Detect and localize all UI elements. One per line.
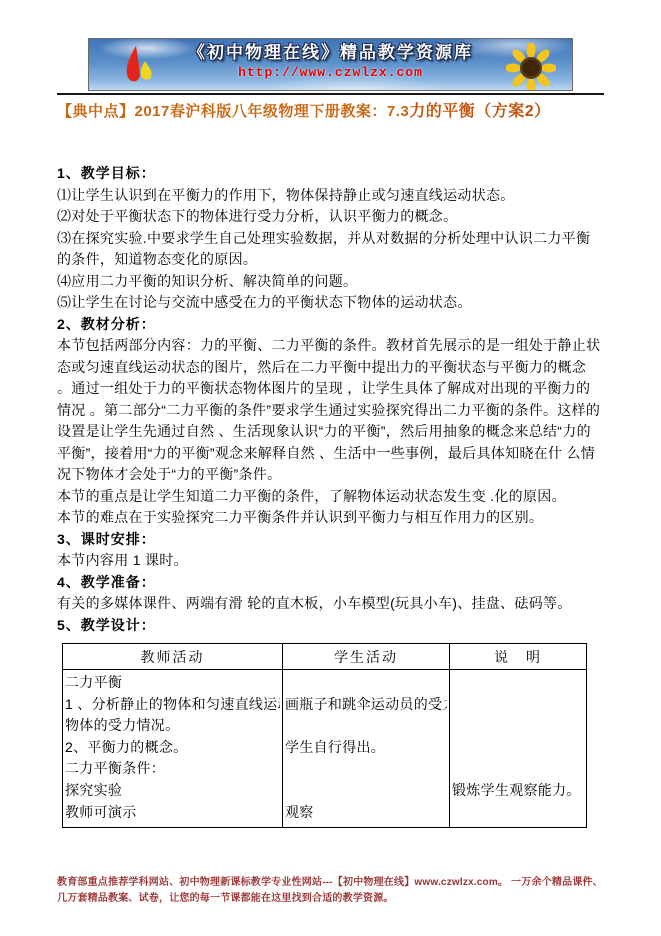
document-title: 【典中点】2017春沪科版八年级物理下册教案：7.3力的平衡（方案2） [57,101,604,122]
document-title-emphasis: 力的平衡（方案2） [409,103,550,120]
sunflower-icon [506,43,556,91]
section-heading: 1、教学目标： [57,163,604,185]
table-header-row: 教师活动 学生活动 说 明 [63,644,587,670]
cell-student-activity: 画瓶子和跳伞运动员的受力 。 学生自行得出。 观察 [283,670,450,828]
table-line [452,694,584,716]
table-line [285,715,447,737]
paragraph: ⑵对处于平衡状态下的物体进行受力分析，认识平衡力的概念。 [57,206,604,228]
table-line [285,672,447,694]
cell-teacher-activity: 二力平衡 1 、分析静止的物体和匀速直线运动的 物体的受力情况。 2、平衡力的概… [63,670,283,828]
header-divider [57,93,604,95]
cell-notes: 锻炼学生观察能力。 [450,670,587,828]
table-line: 教师可演示 [65,802,280,824]
paragraph: ⑶在探究实验.中要求学生自己处理实验数据，并从对数据的分析处理中认识二力平衡的条… [57,228,604,271]
lesson-design-table: 教师活动 学生活动 说 明 二力平衡 1 、分析静止的物体和匀速直线运动的 物体… [62,643,587,828]
footer-line: 几万套精品教案、试卷，让您的每一节课都能在这里找到合适的教学资源。 [57,891,604,907]
table-line [452,737,584,759]
paragraph: ⑸让学生在讨论与交流中感受在力的平衡状态下物体的运动状态。 [57,292,604,314]
table-line: 锻炼学生观察能力。 [452,780,584,802]
paragraph: 本节的难点在于实验探究二力平衡条件并认识到平衡力与相互作用力的区别。 [57,507,604,529]
document-content: 《初中物理在线》精品教学资源库 http://www.czwlzx.com [0,38,661,907]
banner-url[interactable]: http://www.czwlzx.com [89,65,572,80]
table-line [285,780,447,802]
table-line [452,758,584,780]
paragraph: 本节内容用 1 课时。 [57,550,604,572]
table-line: 2、平衡力的概念。 [65,737,280,759]
paragraph: ⑴让学生认识到在平衡力的作用下，物体保持静止或匀速直线运动状态。 [57,185,604,207]
footer-line: 教育部重点推荐学科网站、初中物理新课标教学专业性网站---【初中物理在线】www… [57,875,604,891]
paragraph: 本节的重点是让学生知道二力平衡的条件，了解物体运动状态发生变 .化的原因。 [57,486,604,508]
header-banner: 《初中物理在线》精品教学资源库 http://www.czwlzx.com [88,38,573,91]
table-line: 物体的受力情况。 [65,715,280,737]
paragraph: 本节包括两部分内容：力的平衡、二力平衡的条件。教材首先展示的是一组处于静止状态或… [57,335,604,486]
table-line [452,715,584,737]
paragraph: ⑷应用二力平衡的知识分析、解决简单的问题。 [57,271,604,293]
document-page: 《初中物理在线》精品教学资源库 http://www.czwlzx.com [0,0,661,936]
table-row: 二力平衡 1 、分析静止的物体和匀速直线运动的 物体的受力情况。 2、平衡力的概… [63,670,587,828]
table-line: 二力平衡 [65,672,280,694]
table-line [452,802,584,824]
banner-text: 《初中物理在线》精品教学资源库 http://www.czwlzx.com [89,41,572,80]
document-body: 1、教学目标： ⑴让学生认识到在平衡力的作用下，物体保持静止或匀速直线运动状态。… [57,163,604,636]
table-line: 1 、分析静止的物体和匀速直线运动的 [65,694,280,716]
banner-title: 《初中物理在线》精品教学资源库 [89,41,572,65]
section-heading: 2、教材分析： [57,314,604,336]
table-line [452,672,584,694]
paragraph: 有关的多媒体课件、两端有滑 轮的直木板，小车模型(玩具小车)、挂盘、砝码等。 [57,593,604,615]
section-heading: 4、教学准备： [57,572,604,594]
table-line [285,758,447,780]
table-line: 探究实验 [65,780,280,802]
section-heading: 3、课时安排： [57,529,604,551]
table-line: 画瓶子和跳伞运动员的受力 。 [285,694,447,716]
footer-promo: 教育部重点推荐学科网站、初中物理新课标教学专业性网站---【初中物理在线】www… [57,875,604,907]
document-title-prefix: 【典中点】2017春沪科版八年级物理下册教案：7.3 [57,103,409,120]
section-heading: 5、教学设计： [57,615,604,637]
col-header-notes: 说 明 [450,644,587,670]
col-header-student-activity: 学生活动 [283,644,450,670]
col-header-teacher-activity: 教师活动 [63,644,283,670]
table-line: 观察 [285,802,447,824]
table-line: 二力平衡条件： [65,758,280,780]
table-line: 学生自行得出。 [285,737,447,759]
